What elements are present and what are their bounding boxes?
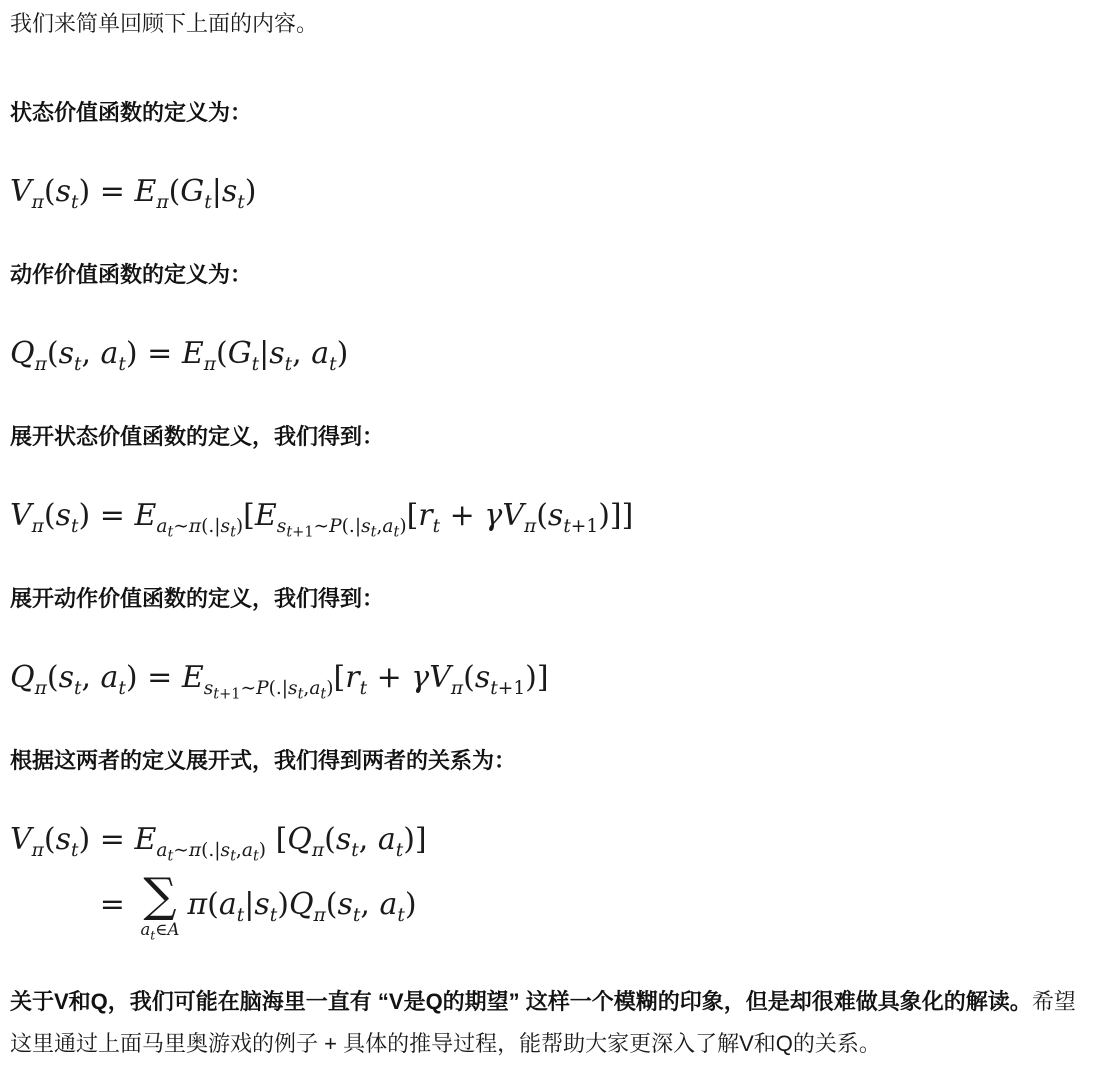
sigma-symbol: ∑ — [143, 873, 176, 917]
heading-state-value-definition: 状态价值函数的定义为： — [10, 96, 1085, 127]
formula-action-value-definition: Qπ(st, at) = Eπ(Gt|st, at) — [10, 333, 1085, 375]
equation-line2-right: = ∑at∈Aπ(at|st)Qπ(st, at) — [90, 873, 426, 939]
heading-state-value-expanded: 展开状态价值函数的定义，我们得到： — [10, 420, 1085, 451]
closing-bold-text: 关于V和Q，我们可能在脑海里一直有 “V是Q的期望” 这样一个模糊的印象，但是却… — [10, 989, 1032, 1014]
heading-action-value-expanded: 展开动作价值函数的定义，我们得到： — [10, 582, 1085, 613]
equation-line1-right: = Eat∼π(.|st,at) [Qπ(st, at)] — [90, 819, 426, 861]
closing-paragraph: 关于V和Q，我们可能在脑海里一直有 “V是Q的期望” 这样一个模糊的印象，但是却… — [10, 981, 1085, 1065]
article-content: 我们来简单回顾下上面的内容。 状态价值函数的定义为： Vπ(st) = Eπ(G… — [10, 8, 1085, 1065]
summation-operator: ∑at∈A — [140, 873, 179, 939]
formula-state-value-expanded: Vπ(st) = Eat∼π(.|st)[Est+1∼P(.|st,at)[rt… — [10, 495, 1085, 537]
formula-action-value-expanded: Qπ(st, at) = Est+1∼P(.|st,at)[rt + γVπ(s… — [10, 657, 1085, 699]
equation-line1-left: Vπ(st) — [10, 819, 90, 861]
aligned-equations: Vπ(st) = Eat∼π(.|st,at) [Qπ(st, at)] = ∑… — [10, 819, 1085, 939]
intro-paragraph: 我们来简单回顾下上面的内容。 — [10, 8, 1085, 40]
heading-v-q-relation: 根据这两者的定义展开式，我们得到两者的关系为： — [10, 744, 1085, 775]
article-page: { "colors": { "background": "#ffffff", "… — [0, 0, 1099, 1086]
summation-limit: at∈A — [140, 922, 179, 939]
formula-state-value-definition: Vπ(st) = Eπ(Gt|st) — [10, 171, 1085, 213]
heading-action-value-definition: 动作价值函数的定义为： — [10, 258, 1085, 289]
formula-v-q-relation: Vπ(st) = Eat∼π(.|st,at) [Qπ(st, at)] = ∑… — [10, 819, 1085, 939]
